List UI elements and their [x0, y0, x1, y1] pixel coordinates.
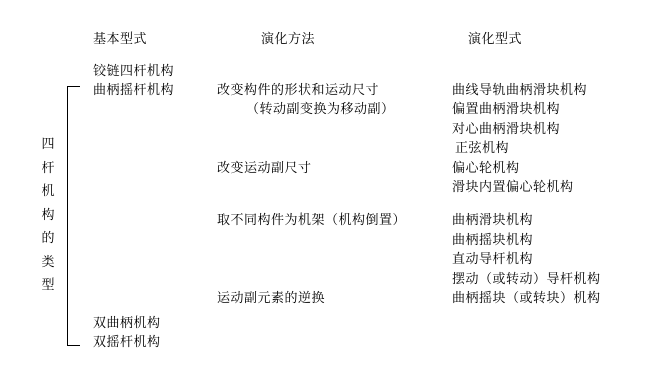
result-slider-crank: 曲柄滑块机构 — [452, 213, 533, 229]
bracket-bottom-stub — [67, 345, 80, 346]
result-crank-rocking-block-alt: 曲柄摇块（或转块）机构 — [452, 291, 601, 307]
basic-form-crank-rocker: 曲柄摇杆机构 — [93, 83, 174, 99]
category-label-four-bar-types: 四 杆 机 构 的 类 型 — [40, 137, 56, 302]
basic-form-double-rocker: 双摇杆机构 — [93, 335, 161, 351]
method-kinematic-inversion: 取不同构件为机架（机构倒置） — [217, 213, 406, 229]
result-centric-slider-crank: 对心曲柄滑块机构 — [452, 122, 560, 138]
result-slider-internal-eccentric: 滑块内置偏心轮机构 — [452, 180, 574, 196]
result-offset-slider-crank: 偏置曲柄滑块机构 — [452, 102, 560, 118]
method-note-revolute-to-prismatic: （转动副变换为移动副） — [246, 102, 395, 118]
result-sine-mechanism: 正弦机构 — [455, 141, 509, 157]
method-change-pair-dimensions: 改变运动副尺寸 — [217, 161, 312, 177]
result-crank-rocking-block: 曲柄摇块机构 — [452, 233, 533, 249]
result-oscillating-guide-bar: 摆动（或转动）导杆机构 — [452, 272, 601, 288]
bracket-vertical-line — [67, 86, 68, 346]
header-evolved-form: 演化型式 — [468, 32, 522, 48]
method-change-shape-and-dimensions: 改变构件的形状和运动尺寸 — [217, 83, 379, 99]
bracket-top-stub — [67, 86, 80, 87]
basic-form-double-crank: 双曲柄机构 — [93, 316, 161, 332]
header-evolution-method: 演化方法 — [261, 32, 315, 48]
result-curved-guide-slider-crank: 曲线导轨曲柄滑块机构 — [452, 83, 587, 99]
basic-form-hinged-four-bar: 铰链四杆机构 — [93, 64, 174, 80]
method-pair-element-inversion: 运动副元素的逆换 — [217, 291, 325, 307]
result-eccentric-wheel: 偏心轮机构 — [452, 161, 520, 177]
header-basic-form: 基本型式 — [93, 32, 147, 48]
result-translating-guide-bar: 直动导杆机构 — [452, 252, 533, 268]
